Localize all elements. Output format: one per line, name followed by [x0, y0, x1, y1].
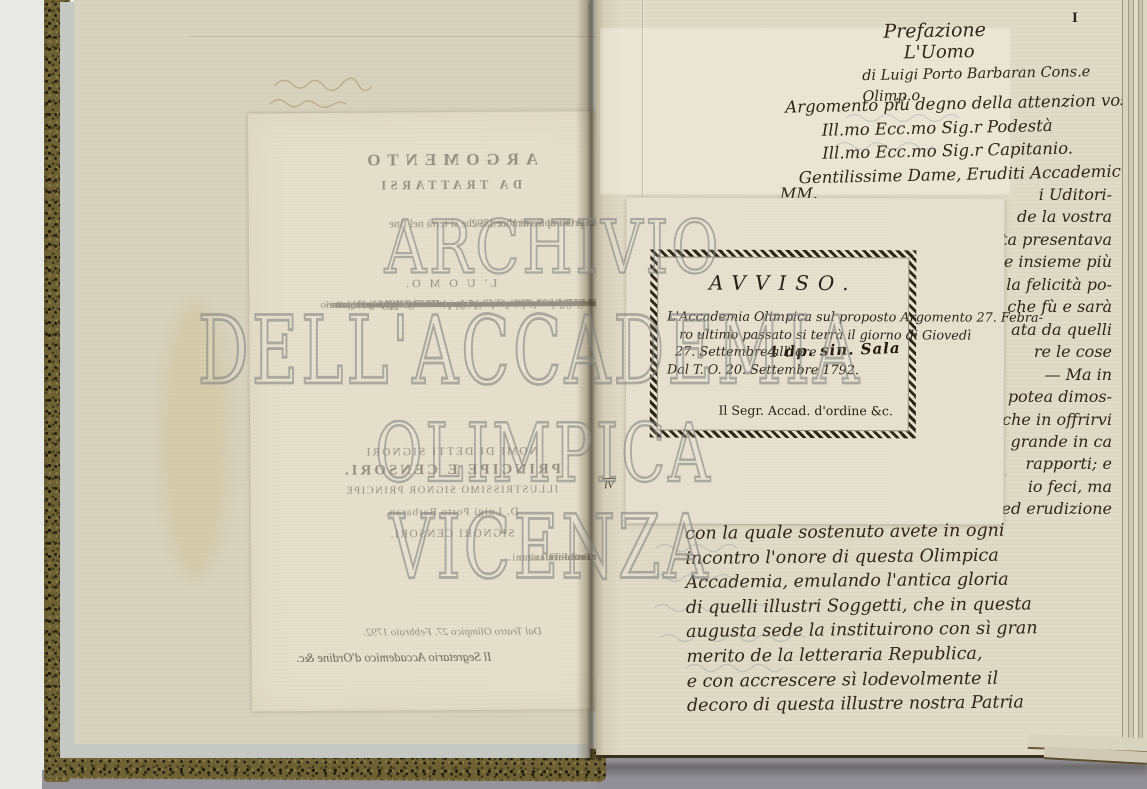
heading-line: L'Uomo — [904, 39, 1102, 63]
line-ending: potea dimos- — [994, 386, 1112, 408]
argomento-leaf: ARGOMENTO DA TRATTARSI Nell'Accademia Ol… — [248, 111, 654, 712]
argomento-subtitle: DA TRATTARSI — [248, 177, 650, 195]
avviso-title: AVVISO. — [657, 270, 909, 295]
manuscript-line: decoro di questa illustre nostra Patria — [687, 690, 1065, 719]
names-header: PRINCIPE E CENSORI. — [250, 461, 652, 481]
line-ending: re le cose — [994, 341, 1112, 363]
line-ending: — Ma in — [994, 364, 1112, 386]
salutation-block: Argomento più degno della attenzion vost… — [785, 88, 1127, 189]
line-ending: io feci, ma — [994, 476, 1112, 498]
right-page: I Prefazione L'Uomo di Luigi Porto Barba… — [596, 0, 1122, 758]
argomento-intro: Nell'Accademia Olimpica di Vicenza che s… — [249, 215, 651, 218]
avviso-signature: Il Segr. Accad. d'ordine &c. — [657, 402, 893, 418]
line-ending: ta presentava — [994, 229, 1112, 251]
argomento-topic: L' U O M O. — [249, 275, 651, 293]
avviso-body-line: L'Accademia Olimpica sul proposto Argome… — [667, 308, 899, 326]
scanned-book-opening: ARGOMENTO DA TRATTARSI Nell'Accademia Ol… — [0, 0, 1147, 789]
left-page: ARGOMENTO DA TRATTARSI Nell'Accademia Ol… — [74, 0, 588, 744]
avviso-ornamental-frame: AVVISO. L'Accademia Olimpica sul propost… — [650, 249, 917, 438]
page-edge — [1142, 0, 1147, 760]
line-ending: i Uditori- — [994, 184, 1112, 206]
line-ending: rapporti; e — [994, 453, 1112, 475]
dateline: Dal Teatro Olimpico 27. Febbraio 1792. — [252, 625, 654, 640]
avviso-slip: AVVISO. L'Accademia Olimpica sul propost… — [625, 197, 1004, 524]
manuscript-body: con la quale sostenuto avete in ogniinco… — [685, 518, 1065, 719]
margin-line-endings: i Uditori-de la vostrata presentavae ins… — [994, 184, 1116, 521]
line-ending: e insieme più — [994, 251, 1112, 273]
principe-name: D. Luigi Porto Barbaran. — [251, 505, 653, 520]
argomento-title: ARGOMENTO — [248, 149, 650, 172]
line-ending: de la vostra — [994, 206, 1112, 228]
censori-header: SIGNORI CENSORI. — [251, 527, 653, 542]
names-header: NOMI DI DETTI SIGNORI — [250, 445, 652, 460]
argomento-paragraph: ssi noti al Sig. Principe in sufficiente… — [277, 297, 623, 299]
censori-list: D. Gio. Battista Fracanzani.D. Marc' Ant… — [251, 549, 653, 552]
mirrored-print-layer: ARGOMENTO DA TRATTARSI Nell'Accademia Ol… — [248, 111, 654, 712]
avviso-body-line: Dal T. O. 20. Settembre 1792. — [667, 361, 899, 379]
names-header: ILLUSTRISSIMO SIGNOR PRINCIPE — [251, 484, 653, 498]
line-ending: grande in ca — [994, 431, 1112, 453]
marginal-annotation-iv: IV — [602, 478, 617, 492]
secretary-signature: Il Segretario Accademico d'Ordine &c. — [284, 650, 504, 667]
line-ending: che in offrirvi — [994, 409, 1112, 431]
line-ending: la felicità po- — [994, 274, 1112, 296]
